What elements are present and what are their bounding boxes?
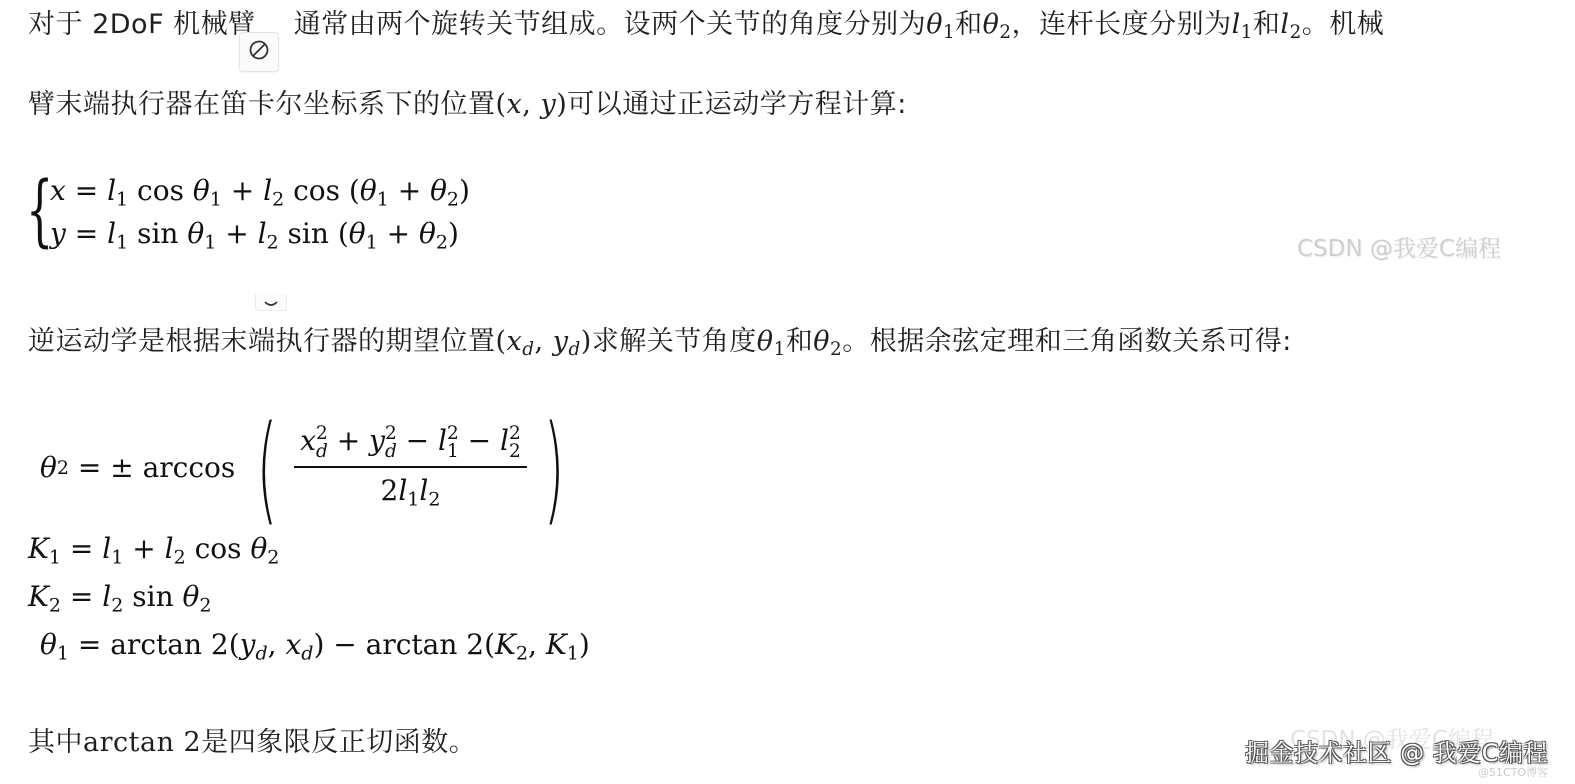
math-l: l (258, 217, 267, 250)
subscript: 1 (407, 489, 419, 511)
math-l: l (165, 532, 174, 565)
subscript: 2 (57, 457, 69, 479)
minus: − (324, 628, 365, 661)
text: 是四象限反正切函数。 (201, 727, 476, 758)
math-theta: θ (757, 326, 774, 357)
text: ，连杆长度分别为 (1012, 9, 1232, 40)
subscript: 2 (447, 188, 459, 210)
subscript: 1 (366, 231, 378, 253)
math-y: y (369, 424, 385, 457)
equals: = (69, 628, 110, 661)
math-x: x (507, 326, 523, 357)
plus: + (216, 217, 257, 250)
text: 臂末端执行器在笛卡尔坐标系下的位置 (28, 89, 496, 120)
math-l: l (102, 580, 111, 613)
comma: , (528, 628, 546, 661)
text: 和 (955, 9, 983, 40)
subscript: 1 (377, 188, 389, 210)
51cto-watermark: @51CTO博客 (1478, 764, 1548, 780)
numerator: x2d + y2d − l21 − l22 (294, 424, 527, 468)
subscript: 1 (943, 22, 955, 43)
forward-eq-x: x = l1 cos θ1 + l2 cos (θ1 + θ2) (50, 174, 470, 210)
equals: = (61, 532, 102, 565)
subscript: 2 (1290, 22, 1302, 43)
math-y: y (50, 217, 66, 250)
csdn-watermark: CSDN @我爱C编程 (1297, 230, 1501, 263)
subscript: 1 (210, 188, 222, 210)
equals: = (66, 174, 107, 207)
math-y: y (553, 326, 569, 357)
plus: + (328, 424, 369, 457)
coefficient: 2 (381, 474, 399, 507)
subscript: 2 (509, 443, 521, 461)
arctan2-note: 其中arctan 2是四象限反正切函数。 (28, 726, 476, 760)
arctan2: arctan 2 (83, 727, 201, 758)
paren: ) (459, 174, 470, 207)
subscript: 1 (116, 231, 128, 253)
text: 可以通过正运动学方程计算: (567, 89, 907, 120)
math-l: l (102, 532, 111, 565)
denominator: 2l1l2 (294, 468, 527, 510)
minus: − (459, 424, 500, 457)
math-x: x (285, 628, 301, 661)
subscript: 1 (204, 231, 216, 253)
math-l: l (1280, 9, 1289, 40)
plus: + (378, 217, 419, 250)
cos: cos (186, 532, 251, 565)
paren: ) (313, 628, 324, 661)
supsub: 2d (316, 425, 328, 460)
plus: + (389, 174, 430, 207)
paren: ( (496, 326, 507, 357)
plus-minus-arccos: = ± arccos (69, 451, 244, 484)
plus: + (222, 174, 263, 207)
math-theta: θ (419, 217, 436, 250)
paren: ( (484, 628, 495, 661)
math-theta: θ (183, 580, 200, 613)
math-K: K (495, 628, 516, 661)
math-l: l (263, 174, 272, 207)
subscript: 2 (49, 594, 61, 616)
subscript: 1 (57, 642, 69, 664)
text: 逆运动学是根据末端执行器的期望位置 (28, 326, 496, 357)
big-paren-right: ) (543, 409, 564, 527)
math-K: K (28, 532, 49, 565)
math-theta: θ (250, 532, 267, 565)
text: 其中 (28, 727, 83, 758)
math-y: y (240, 628, 256, 661)
subscript: 2 (830, 339, 842, 360)
paren: ( (349, 174, 360, 207)
subscript: d (301, 642, 313, 664)
subscript: 2 (267, 231, 279, 253)
sin: sin (279, 217, 338, 250)
subscript: 2 (428, 489, 440, 511)
equals: = (66, 217, 107, 250)
subscript: 2 (267, 546, 279, 568)
math-theta: θ (983, 9, 1000, 40)
subscript: 1 (774, 339, 786, 360)
sin: sin (128, 217, 187, 250)
subscript: 2 (999, 22, 1011, 43)
block-button[interactable] (239, 32, 279, 72)
supsub: 2d (385, 425, 397, 460)
math-theta: θ (813, 326, 830, 357)
cos: cos (284, 174, 349, 207)
intro-paragraph-line2: 臂末端执行器在笛卡尔坐标系下的位置(x, y)可以通过正运动学方程计算: (28, 88, 907, 122)
plus: + (123, 532, 164, 565)
intro-paragraph-line1: 对于 2DoF 机械臂通常由两个旋转关节组成。设两个关节的角度分别为θ1和θ2，… (28, 8, 1384, 50)
paren: ( (338, 217, 349, 250)
math-theta: θ (349, 217, 366, 250)
math-theta: θ (926, 9, 943, 40)
text: 和 (1253, 9, 1281, 40)
math-theta: θ (360, 174, 377, 207)
paren: ( (496, 89, 507, 120)
math-K: K (546, 628, 567, 661)
math-l: l (438, 424, 447, 457)
paren: ) (579, 628, 590, 661)
subscript: 1 (49, 546, 61, 568)
equals: = (61, 580, 102, 613)
text: 。根据余弦定理和三角函数关系可得: (842, 326, 1292, 357)
subscript: d (522, 339, 534, 360)
collapse-toggle[interactable] (255, 294, 287, 311)
theta2-equation: θ2 = ± arccos ( x2d + y2d − l21 − l22 2l… (40, 405, 577, 530)
subscript: 2 (516, 642, 528, 664)
cos: cos (128, 174, 193, 207)
math-theta: θ (193, 174, 210, 207)
subscript: 2 (272, 188, 284, 210)
subscript: 2 (199, 594, 211, 616)
math-l: l (1232, 9, 1241, 40)
supsub: 22 (509, 425, 521, 460)
paren: ( (229, 628, 240, 661)
math-x: x (50, 174, 66, 207)
text: 求解关节角度 (592, 326, 757, 357)
chevron-down-icon (264, 294, 278, 313)
subscript: 1 (447, 443, 459, 461)
text: 和 (786, 326, 814, 357)
k1-equation: K1 = l1 + l2 cos θ2 (28, 532, 279, 568)
subscript: 1 (116, 188, 128, 210)
k2-equation: K2 = l2 sin θ2 (28, 580, 212, 616)
math-K: K (28, 580, 49, 613)
paren: ) (581, 326, 592, 357)
math-l: l (398, 474, 407, 507)
subscript: 2 (111, 594, 123, 616)
text: 。机械 (1302, 9, 1385, 40)
math-theta: θ (430, 174, 447, 207)
big-paren-left: ( (257, 409, 278, 527)
arctan2: arctan 2 (110, 628, 228, 661)
math-l: l (500, 424, 509, 457)
subscript: 2 (436, 231, 448, 253)
subscript: 1 (1241, 22, 1253, 43)
paren: ) (448, 217, 459, 250)
subscript: d (385, 443, 397, 461)
arctan2: arctan 2 (366, 628, 484, 661)
subscript: 1 (111, 546, 123, 568)
math-l: l (107, 174, 116, 207)
math-theta: θ (40, 451, 57, 484)
supsub: 21 (447, 425, 459, 460)
math-x: x (300, 424, 316, 457)
text: 对于 2DoF 机械臂 (28, 9, 256, 40)
text: 通常由两个旋转关节组成。设两个关节的角度分别为 (294, 9, 927, 40)
math-l: l (107, 217, 116, 250)
subscript: d (316, 443, 328, 461)
subscript: d (255, 642, 267, 664)
comma: , (268, 628, 286, 661)
math-theta: θ (40, 628, 57, 661)
theta1-equation: θ1 = arctan 2(yd, xd) − arctan 2(K2, K1) (40, 628, 590, 664)
subscript: d (568, 339, 580, 360)
math-theta: θ (187, 217, 204, 250)
sin: sin (123, 580, 182, 613)
subscript: 2 (174, 546, 186, 568)
paren: ) (556, 89, 567, 120)
fraction: x2d + y2d − l21 − l22 2l1l2 (294, 424, 527, 510)
minus: − (397, 424, 438, 457)
math-y: y (540, 89, 556, 120)
inverse-paragraph: 逆运动学是根据末端执行器的期望位置(xd, yd)求解关节角度θ1和θ2。根据余… (28, 325, 1292, 367)
comma: , (535, 326, 553, 357)
forward-eq-y: y = l1 sin θ1 + l2 sin (θ1 + θ2) (50, 217, 459, 253)
math-x: x (507, 89, 523, 120)
block-icon (248, 39, 270, 65)
comma: , (522, 89, 540, 120)
subscript: 1 (567, 642, 579, 664)
juejin-watermark: 掘金技术社区 @ 我爱C编程 (1245, 733, 1548, 768)
